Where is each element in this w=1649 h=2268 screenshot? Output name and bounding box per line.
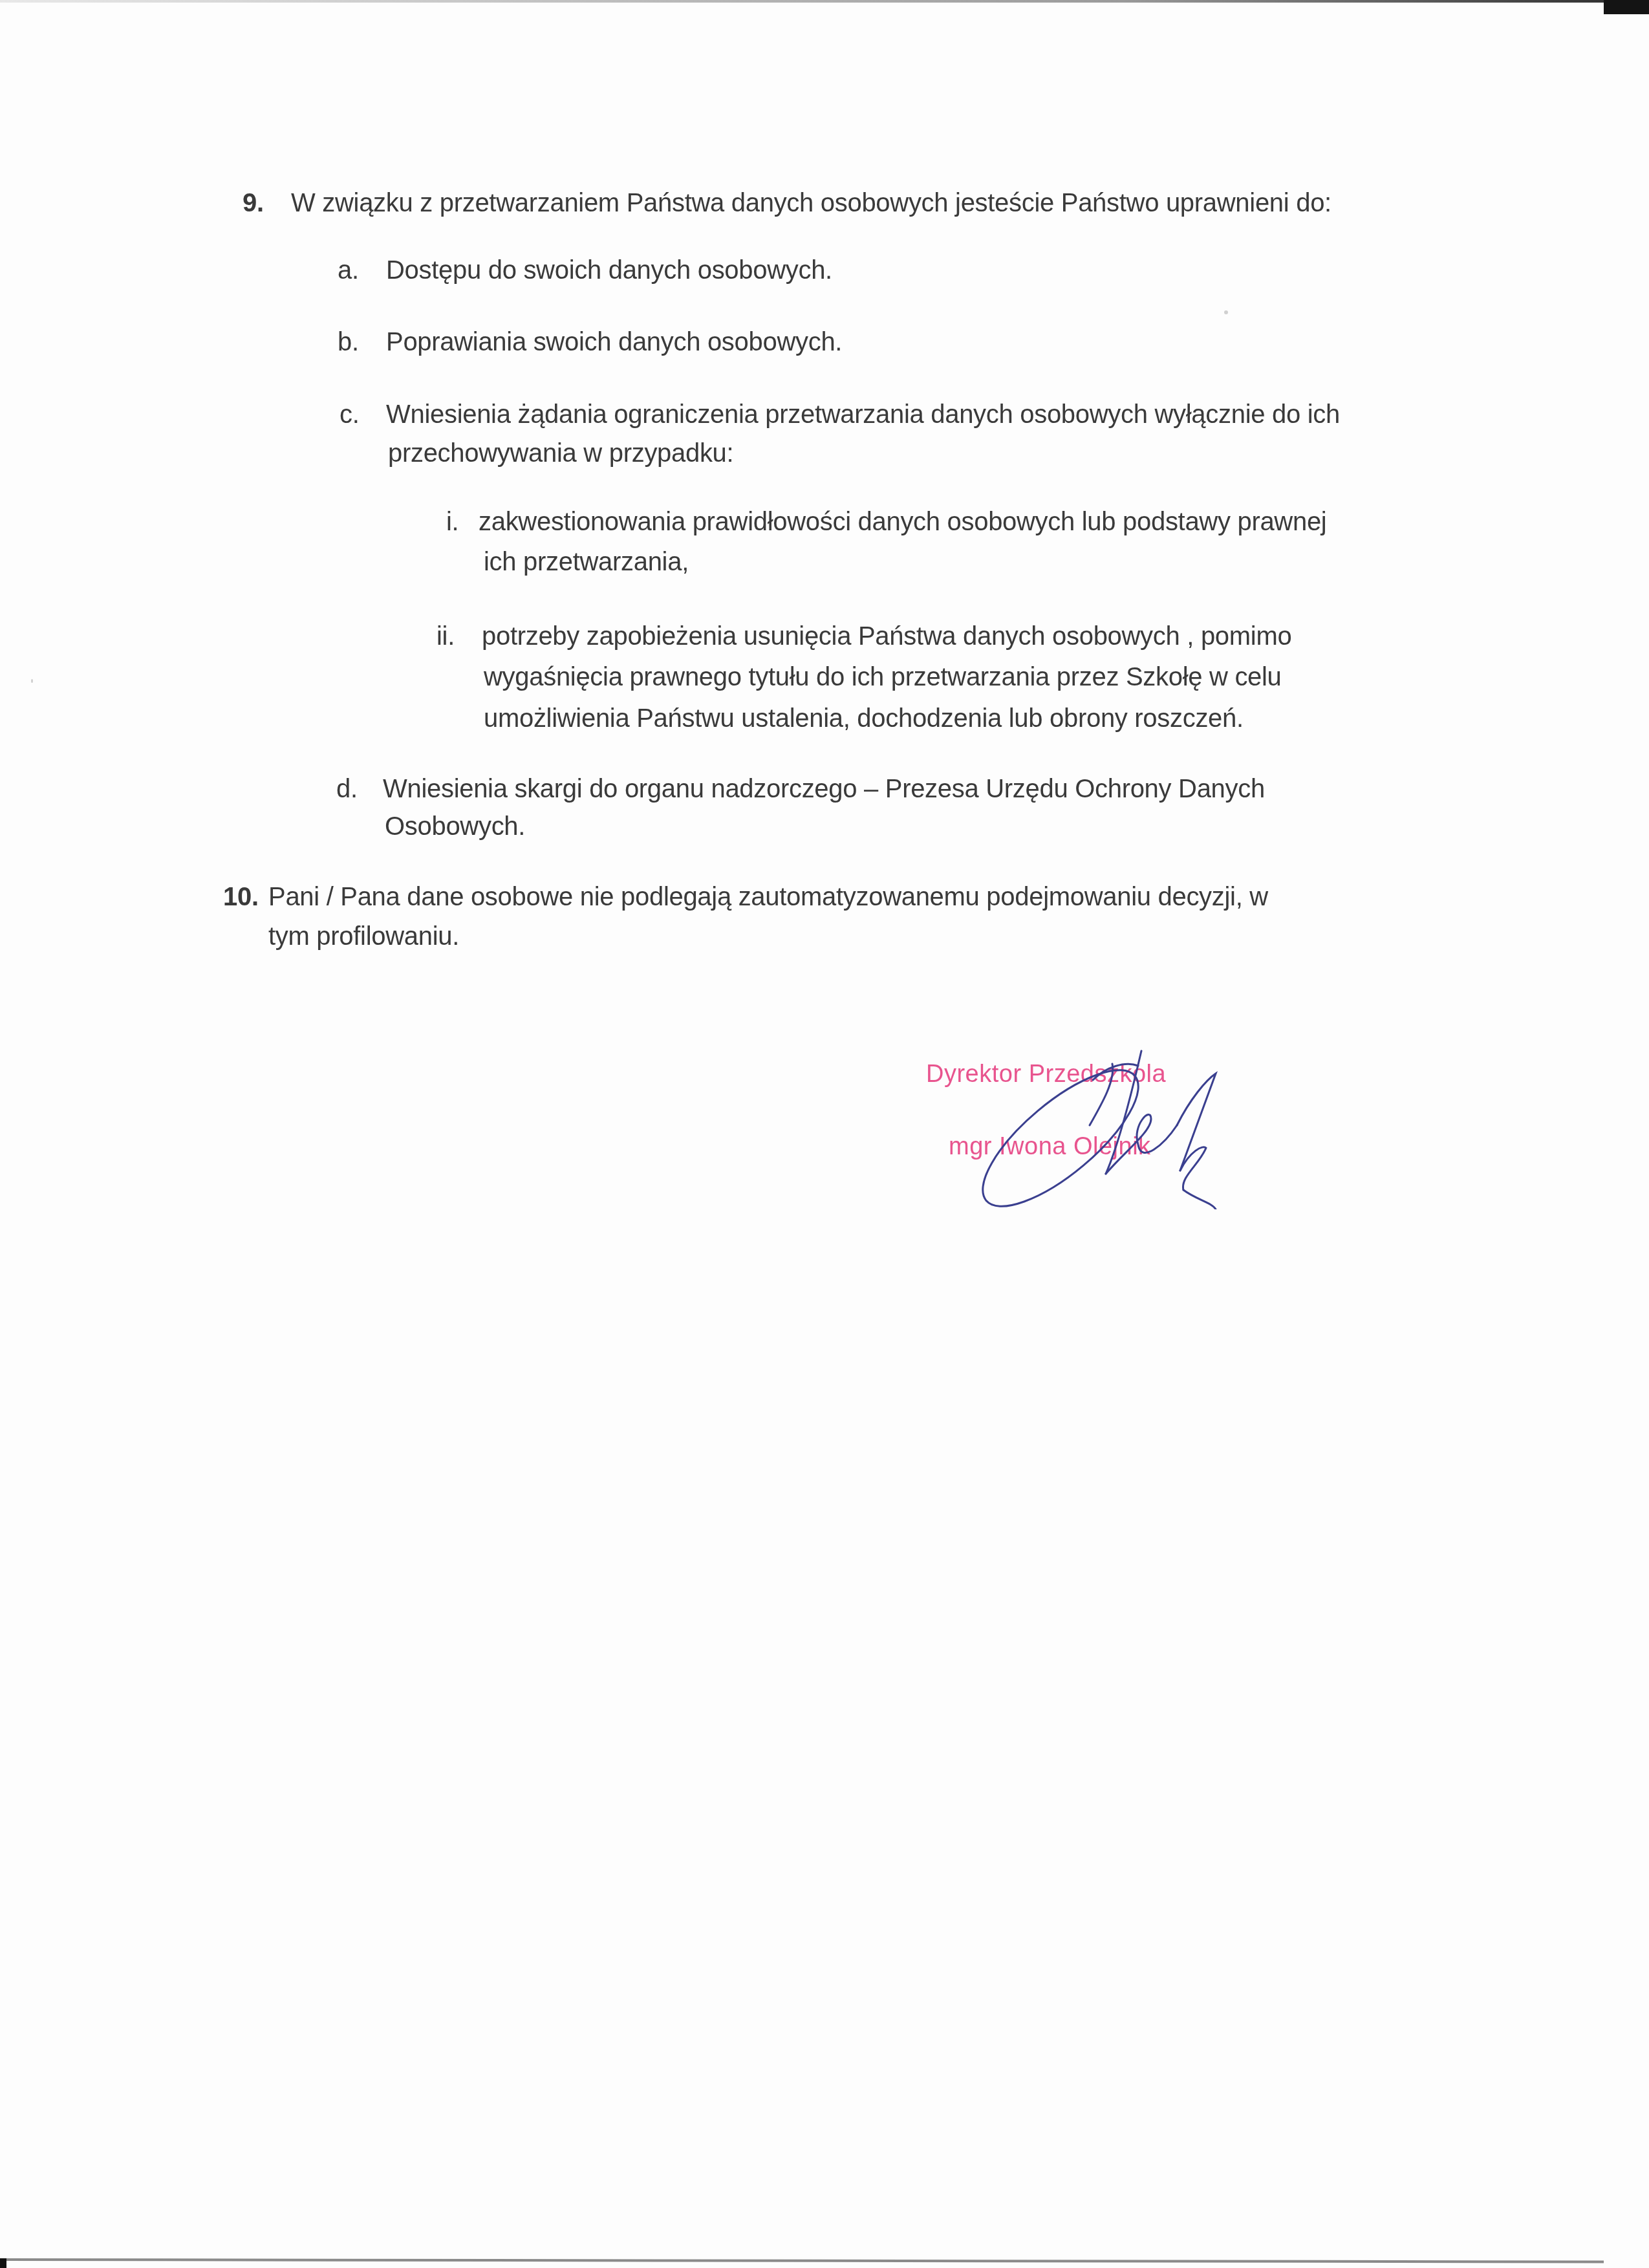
handwritten-signature-icon bbox=[957, 1041, 1242, 1209]
scan-speck bbox=[1224, 310, 1228, 314]
sub-item-text: Poprawiania swoich danych osobowych. bbox=[386, 327, 842, 358]
scan-bottom-edge bbox=[0, 2258, 1604, 2263]
sub-sub-item-label: ii. bbox=[436, 621, 455, 652]
sub-item-text-line-1: Wniesienia skargi do organu nadzorczego … bbox=[383, 773, 1265, 805]
sub-sub-item-text-line-2: wygaśnięcia prawnego tytułu do ich przet… bbox=[484, 662, 1282, 693]
scan-speck bbox=[31, 679, 33, 683]
sub-sub-item-text-line-1: potrzeby zapobieżenia usunięcia Państwa … bbox=[482, 621, 1291, 652]
sub-item-text: Dostępu do swoich danych osobowych. bbox=[386, 255, 832, 286]
scan-bottom-corner-artifact bbox=[0, 2258, 6, 2268]
item-number: 10. bbox=[223, 881, 259, 913]
sub-item-label: d. bbox=[336, 773, 358, 805]
sub-item-label: c. bbox=[339, 399, 360, 430]
sub-sub-item-text-line-3: umożliwienia Państwu ustalenia, dochodze… bbox=[484, 703, 1244, 734]
item-text-line-2: tym profilowaniu. bbox=[268, 921, 459, 952]
item-text: W związku z przetwarzaniem Państwa danyc… bbox=[291, 188, 1331, 219]
sub-sub-item-label: i. bbox=[446, 506, 458, 537]
item-number: 9. bbox=[242, 188, 264, 219]
item-text-line-1: Pani / Pana dane osobowe nie podlegają z… bbox=[268, 881, 1268, 913]
sub-item-text-line-2: przechowywania w przypadku: bbox=[388, 438, 733, 469]
sub-sub-item-text-line-2: ich przetwarzania, bbox=[484, 546, 689, 578]
scan-corner-artifact bbox=[1604, 0, 1649, 14]
sub-item-label: a. bbox=[338, 255, 359, 286]
sub-item-text-line-2: Osobowych. bbox=[385, 811, 525, 842]
scan-top-edge bbox=[0, 0, 1604, 3]
sub-item-label: b. bbox=[338, 327, 359, 358]
sub-item-text-line-1: Wniesienia żądania ograniczenia przetwar… bbox=[386, 399, 1340, 430]
sub-sub-item-text-line-1: zakwestionowania prawidłowości danych os… bbox=[479, 506, 1326, 537]
